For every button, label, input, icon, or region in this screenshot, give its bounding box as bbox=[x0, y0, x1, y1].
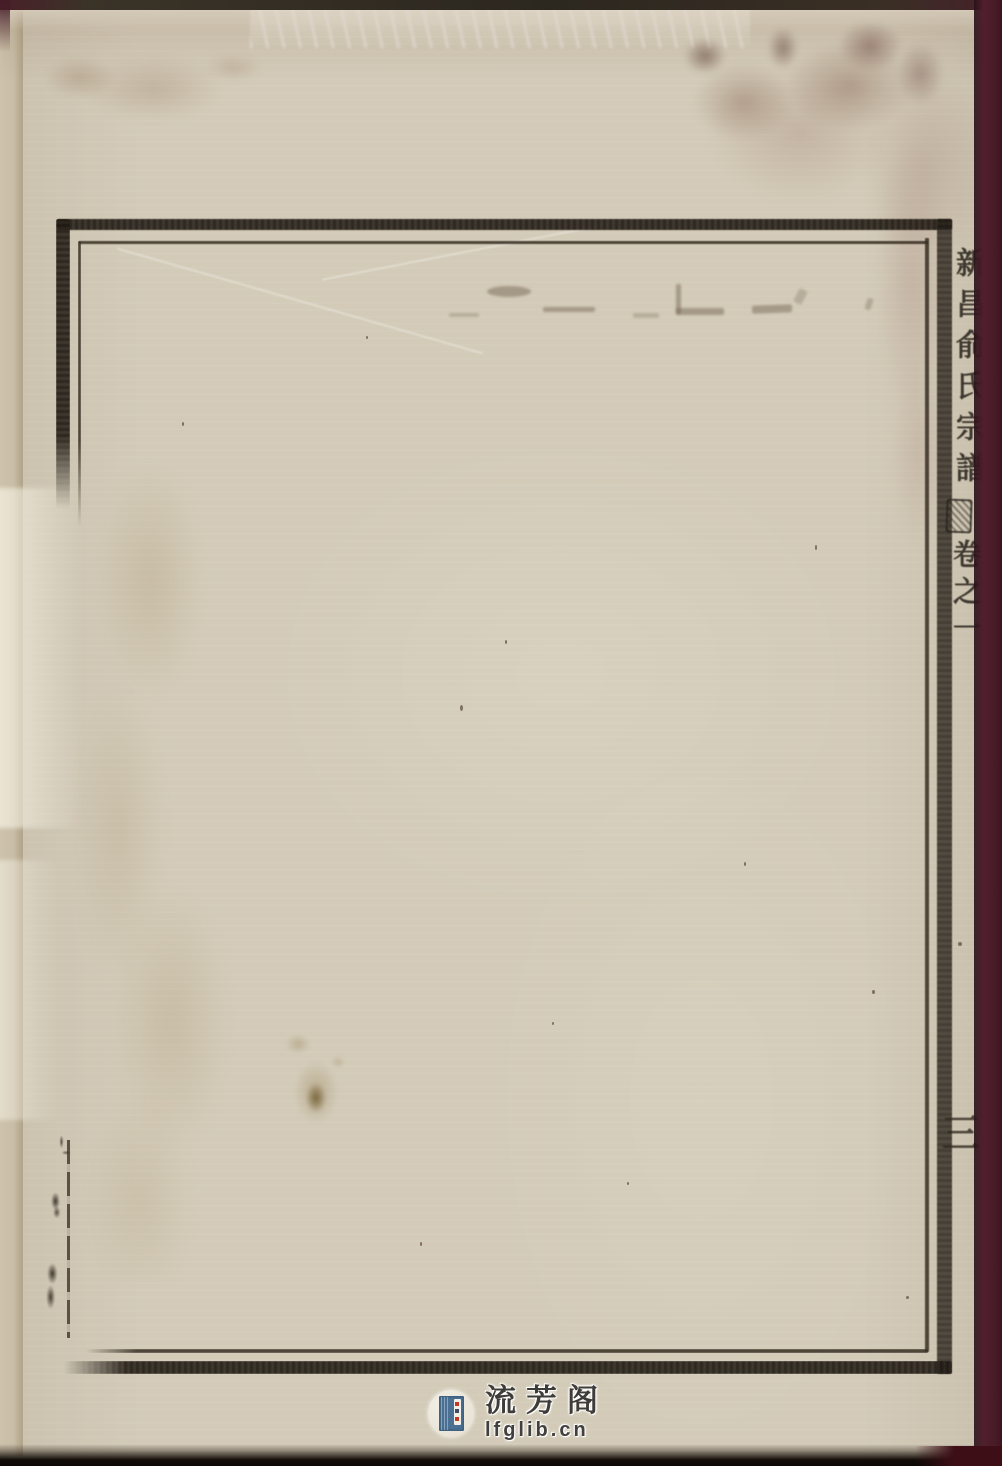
ink-speck bbox=[906, 1296, 909, 1299]
ink-speck bbox=[460, 705, 463, 711]
stain-top-left bbox=[18, 26, 308, 176]
ink-speck bbox=[505, 640, 507, 644]
site-watermark: 流芳阁 lfglib.cn bbox=[428, 1381, 638, 1445]
stain-spot-lower-left bbox=[258, 1018, 378, 1158]
frame-innerline-top bbox=[79, 241, 928, 244]
frame-innerline-left bbox=[78, 241, 81, 526]
fold-highlight-left bbox=[0, 488, 83, 828]
label-red-glyph bbox=[455, 1417, 459, 1421]
frame-border-left-faded-trace bbox=[67, 1140, 70, 1338]
ink-blot bbox=[49, 1190, 62, 1218]
ink-speck bbox=[182, 422, 184, 426]
book-cover-edge bbox=[974, 0, 1002, 1466]
book-binding-lines bbox=[441, 1397, 449, 1430]
ink-speck bbox=[815, 545, 817, 550]
label-dark-glyph bbox=[455, 1409, 459, 1413]
ink-speck bbox=[744, 862, 746, 866]
ink-speck bbox=[627, 1182, 629, 1185]
label-red-glyph bbox=[455, 1402, 459, 1406]
ink-speck bbox=[552, 1022, 554, 1025]
cover-corner-bottom-right bbox=[915, 1446, 1002, 1466]
ink-ghost-mark bbox=[676, 308, 724, 315]
ink-blot bbox=[43, 1258, 60, 1310]
seal-stamp-mark bbox=[945, 499, 972, 534]
scan-top-edge bbox=[0, 0, 1002, 10]
ink-speck bbox=[366, 336, 368, 339]
book-icon bbox=[439, 1396, 464, 1431]
ink-ghost-mark bbox=[633, 313, 659, 318]
ink-ghost-mark bbox=[449, 313, 479, 317]
scan-bottom-shadow bbox=[0, 1444, 1002, 1466]
ink-speck bbox=[872, 990, 875, 994]
frame-border-left bbox=[56, 219, 70, 509]
ink-speck bbox=[958, 942, 962, 946]
ink-ghost-mark bbox=[752, 304, 792, 313]
ink-hook-mark bbox=[57, 1134, 72, 1156]
ink-ghost-mark bbox=[487, 286, 531, 297]
ink-speck bbox=[420, 1242, 422, 1246]
frame-innerline-bottom bbox=[86, 1349, 928, 1353]
ink-ghost-mark bbox=[543, 307, 595, 312]
frame-innerline-right bbox=[925, 238, 929, 1352]
frame-border-top bbox=[57, 219, 952, 230]
scanned-book-page: 新昌俞氏宗譜 卷之一 三 流芳阁 lfglib.cn bbox=[0, 0, 1002, 1466]
frame-border-bottom bbox=[64, 1361, 952, 1374]
watermark-text-block: 流芳阁 lfglib.cn bbox=[485, 1386, 608, 1440]
cover-corner-top-left bbox=[0, 0, 10, 52]
book-title-label bbox=[454, 1399, 461, 1425]
watermark-site-url: lfglib.cn bbox=[485, 1420, 608, 1440]
fold-highlight-left-lower bbox=[0, 860, 60, 1120]
watermark-site-name: 流芳阁 bbox=[485, 1386, 608, 1417]
watermark-badge bbox=[428, 1390, 474, 1437]
